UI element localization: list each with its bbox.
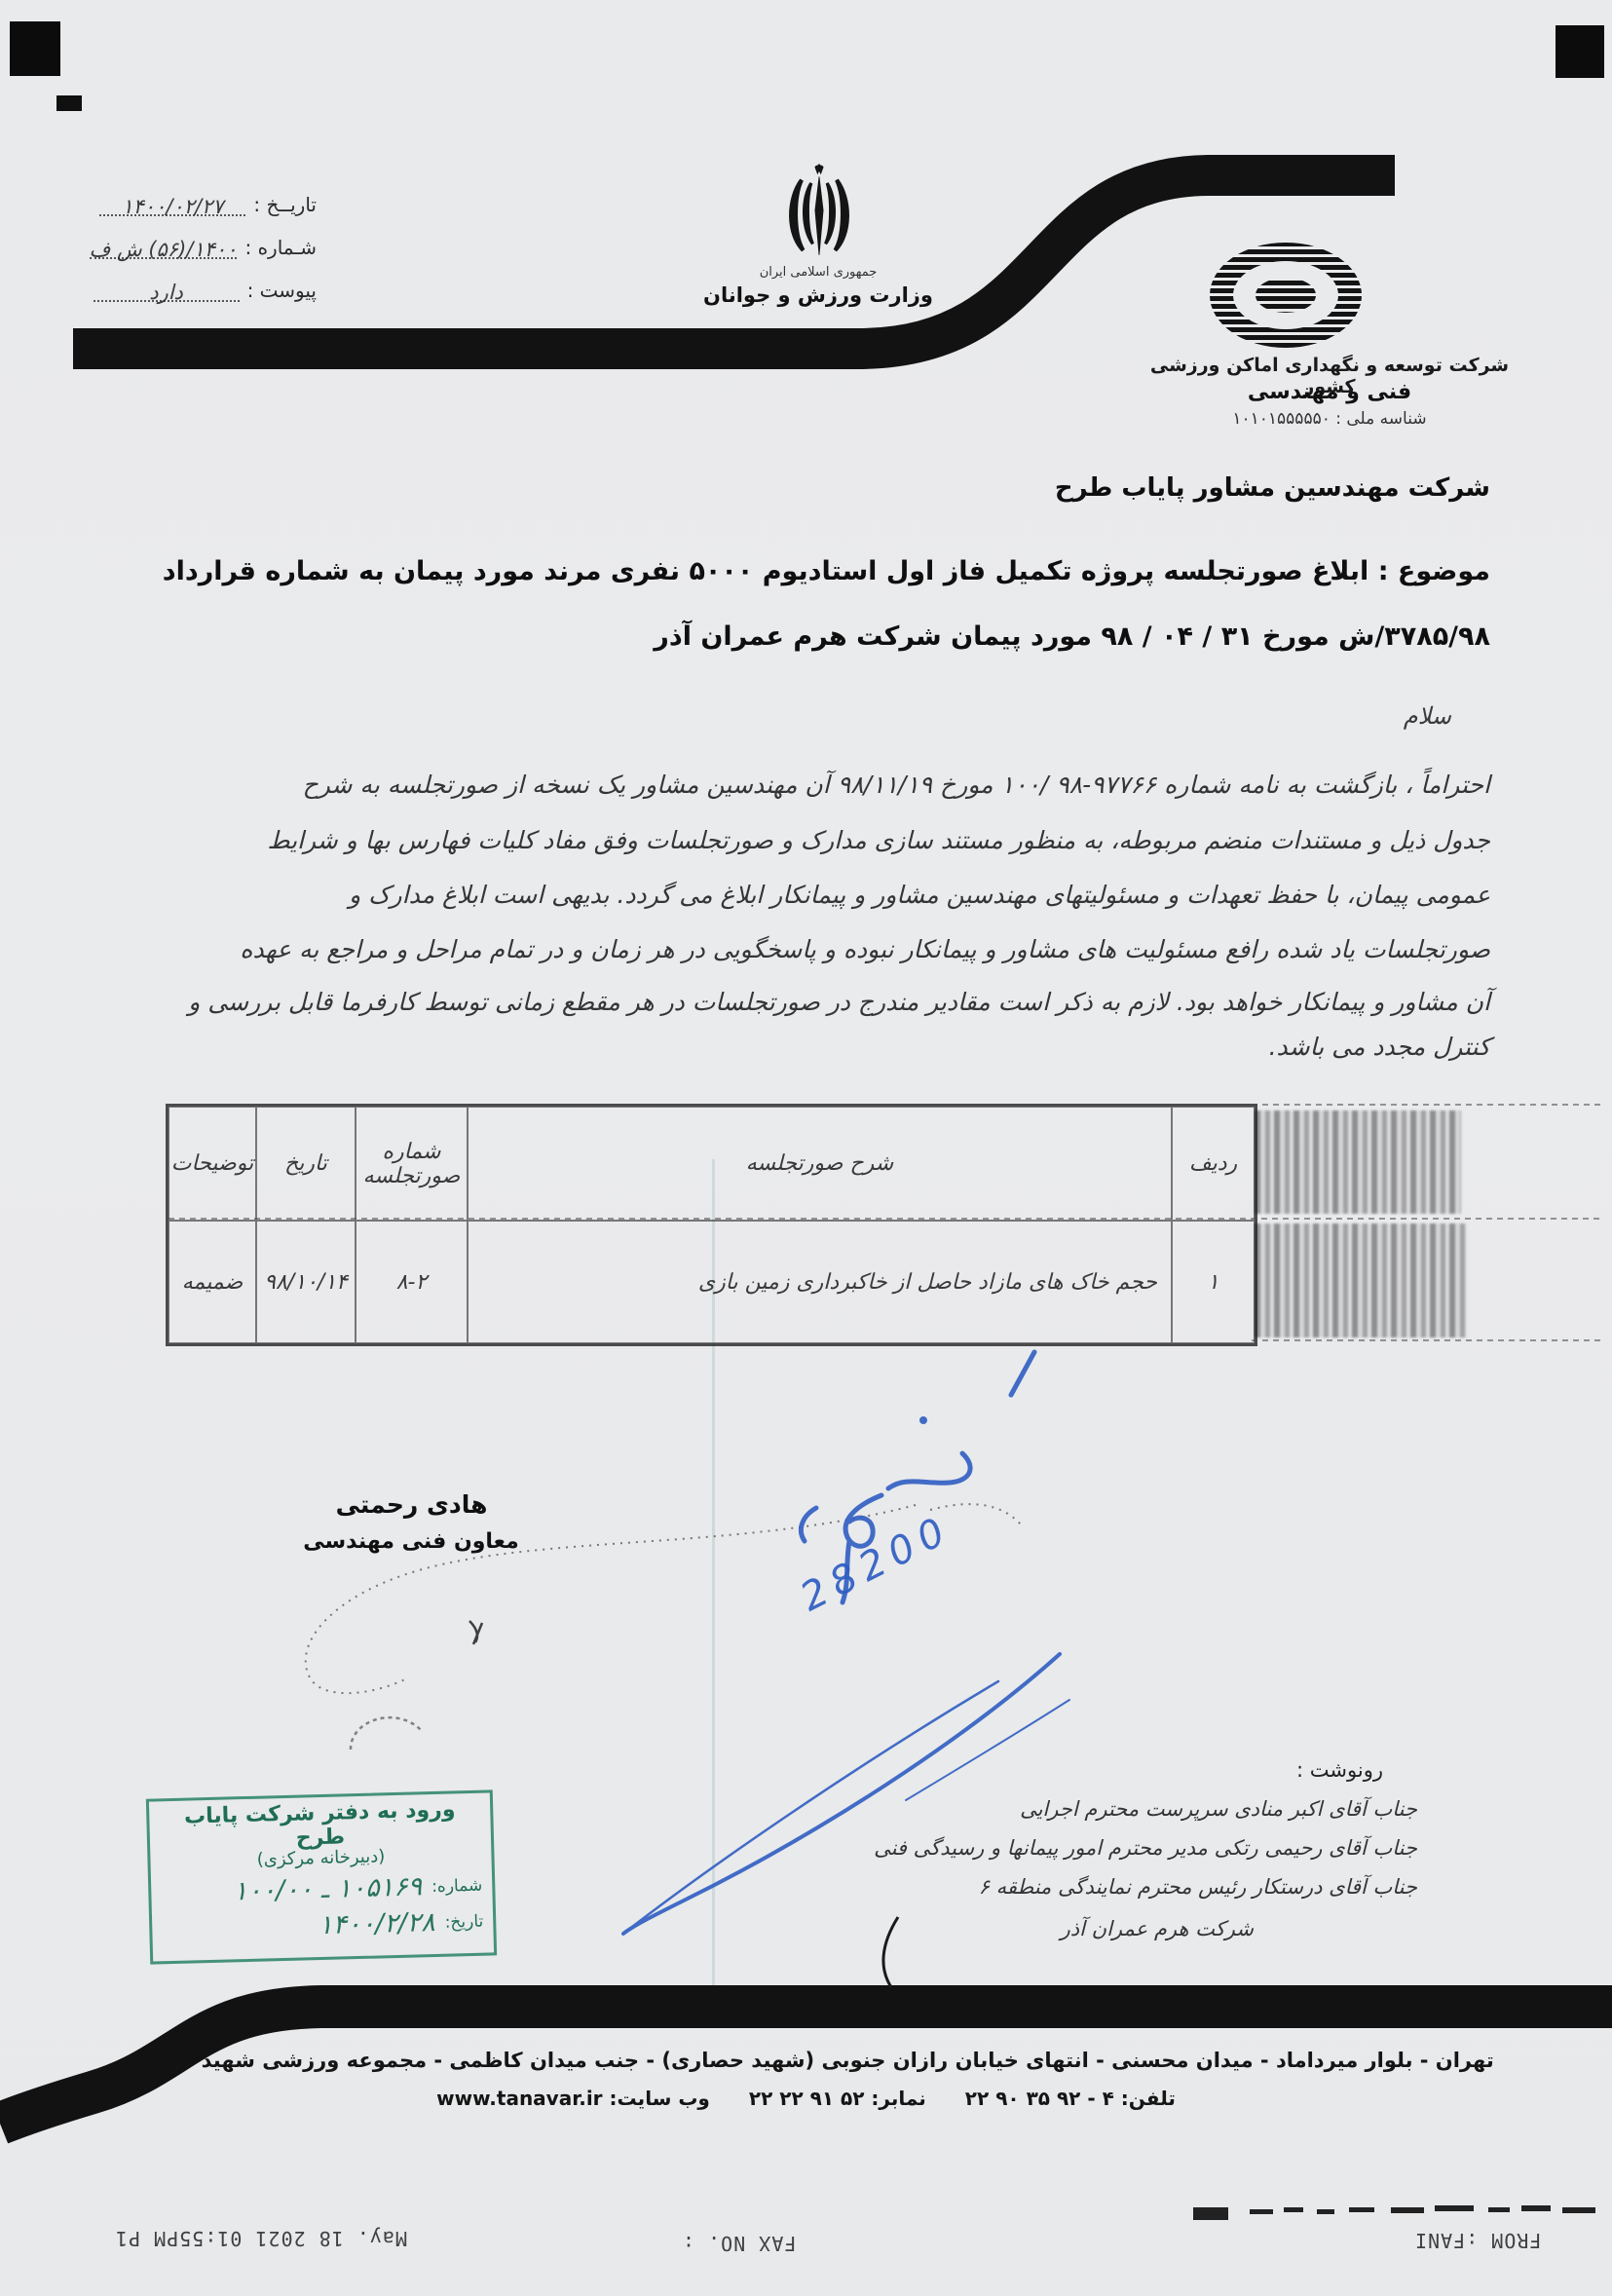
blue-ink-number: 28200 [794,1507,959,1621]
org-logo-icon [1208,241,1364,350]
stamp-number-value: ۱۰۵۱۶۹ ـ ۱۰۰/۰۰ [233,1871,422,1906]
date-dotted-line: ۱۴۰۰/۰۲/۲۷ [99,191,245,216]
addressee: شرکت مهندسین مشاور پایاب طرح [1055,473,1490,503]
body-line-3: عمومی پیمان، با حفظ تعهدات و مسئولیتهای … [349,881,1490,909]
cc-item-4: شرکت هرم عمران آذر [1061,1917,1254,1940]
signer-name: هادی رحمتی [292,1490,531,1519]
round-stamp-fragment [351,1717,421,1750]
cc-item-1: جناب آقای اکبر منادی سرپرست محترم اجرایی [1020,1797,1417,1821]
number-label: شـماره : [244,236,317,259]
incoming-stamp: ورود به دفتر شرکت پایاب طرح (دبیرخانه مر… [146,1789,497,1964]
cc-label: رونوشت : [1296,1758,1383,1782]
minutes-table: ردیف شرح صورتجلسه شماره صورتجلسه تاریخ ت… [166,1104,1257,1346]
stamp-number-label: شماره: [431,1875,483,1896]
fax-from: FROM :FANI [1414,2229,1541,2252]
attachment-value: دارد [149,281,183,304]
subject-line-1: موضوع : ابلاغ صورتجلسه پروژه تکمیل فاز ا… [163,556,1490,586]
col-header-minutes-no: شماره صورتجلسه [356,1107,468,1221]
emblem-country-label: جمهوری اسلامی ایران [721,265,916,280]
scan-smudge-1 [1255,1110,1461,1214]
ink-scribble [469,1621,482,1644]
col-header-notes: توضیحات [169,1107,256,1221]
footer-fax: نمابر: ۵۲ ۹۱ ۲۲ ۲۲ [749,2087,926,2110]
attachment-field: پیوست : دارد [88,277,317,302]
footer-contact-line: تلفن: ۴ - ۹۲ ۳۵ ۹۰ ۲۲ نمابر: ۵۲ ۹۱ ۲۲ ۲۲… [78,2087,1534,2110]
scan-artifact-top-left [10,21,60,76]
fax-number-label: FAX NO. : [682,2232,796,2255]
body-line-6: کنترل مجدد می باشد. [1269,1033,1490,1061]
body-line-1: احتراماً ، بازگشت به نامه شماره ۹۷۷۶۶-۹۸… [303,771,1490,799]
org-national-id: شناسه ملی : ۱۰۱۰۱۵۵۵۵۵۰ [1130,409,1529,429]
salutation: سلام [1404,702,1451,730]
fax-timestamp: May. 18 2021 01:55PM P1 [115,2227,407,2250]
date-field: تاريــخ : ۱۴۰۰/۰۲/۲۷ [88,191,317,216]
stamp-date-label: تاریخ: [444,1911,483,1932]
body-line-4: صورتجلسات یاد شده رافع مسئولیت های مشاور… [240,935,1490,963]
fax-noise-dashes [1193,2205,1595,2220]
col-header-description: شرح صورتجلسه [468,1107,1172,1221]
table-row-notes: ضمیمه [169,1221,256,1343]
cc-item-3: جناب آقای درستکار رئیس محترم نمایندگی من… [979,1875,1417,1899]
scan-smudge-2 [1255,1223,1467,1337]
scan-artifact-top-left-2 [56,95,82,111]
body-line-2: جدول ذیل و مستندات منضم مربوطه، به منظور… [267,826,1490,854]
table-row-minutes-no: ۸-۲ [356,1221,468,1343]
table-row-no: ۱ [1172,1221,1255,1343]
number-dotted-line: ۱۴۰۰/(۵۶) ش ف [90,234,238,259]
footer-address: تهران - بلوار میرداماد - میدان محسنی - ا… [78,2049,1534,2072]
date-value: ۱۴۰۰/۰۲/۲۷ [122,195,223,218]
table-row-description: حجم خاک های مازاد حاصل از خاکبرداری زمین… [468,1221,1172,1343]
attachment-label: پیوست : [247,279,317,302]
footer-website[interactable]: وب سایت: www.tanavar.ir [436,2087,710,2110]
number-value: ۱۴۰۰/(۵۶) ش ف [90,238,238,261]
footer-phone: تلفن: ۴ - ۹۲ ۳۵ ۹۰ ۲۲ [965,2087,1176,2110]
date-label: تاريــخ : [253,193,317,216]
body-line-5: آن مشاور و پیمانکار خواهد بود. لازم به ذ… [188,988,1490,1016]
scanned-letter-page: تاريــخ : ۱۴۰۰/۰۲/۲۷ شـماره : ۱۴۰۰/(۵۶) … [0,0,1612,2296]
col-header-row-no: ردیف [1172,1107,1255,1221]
signer-title: معاون فنی مهندسی [275,1529,547,1554]
stamp-date-value: ۱۴۰۰/۲/۲۸ [319,1907,435,1940]
col-header-date: تاریخ [256,1107,356,1221]
scan-artifact-top-right [1556,25,1604,78]
org-name-line2: فنی و مهندسی [1130,380,1529,404]
subject-line-2: ۳۷۸۵/۹۸/ش مورخ ۳۱ / ۰۴ / ۹۸ مورد پیمان ش… [654,621,1490,652]
cc-item-2: جناب آقای رحیمی رتکی مدیر محترم امور پیم… [874,1836,1417,1860]
iran-emblem-icon [779,162,859,267]
table-row-date: ۹۸/۱۰/۱۴ [256,1221,356,1343]
number-field: شـماره : ۱۴۰۰/(۵۶) ش ف [88,234,317,259]
emblem-ministry-label: وزارت ورزش و جوانان [682,283,955,307]
attachment-dotted-line: دارد [94,277,240,302]
cc-check-mark [883,1917,898,1987]
